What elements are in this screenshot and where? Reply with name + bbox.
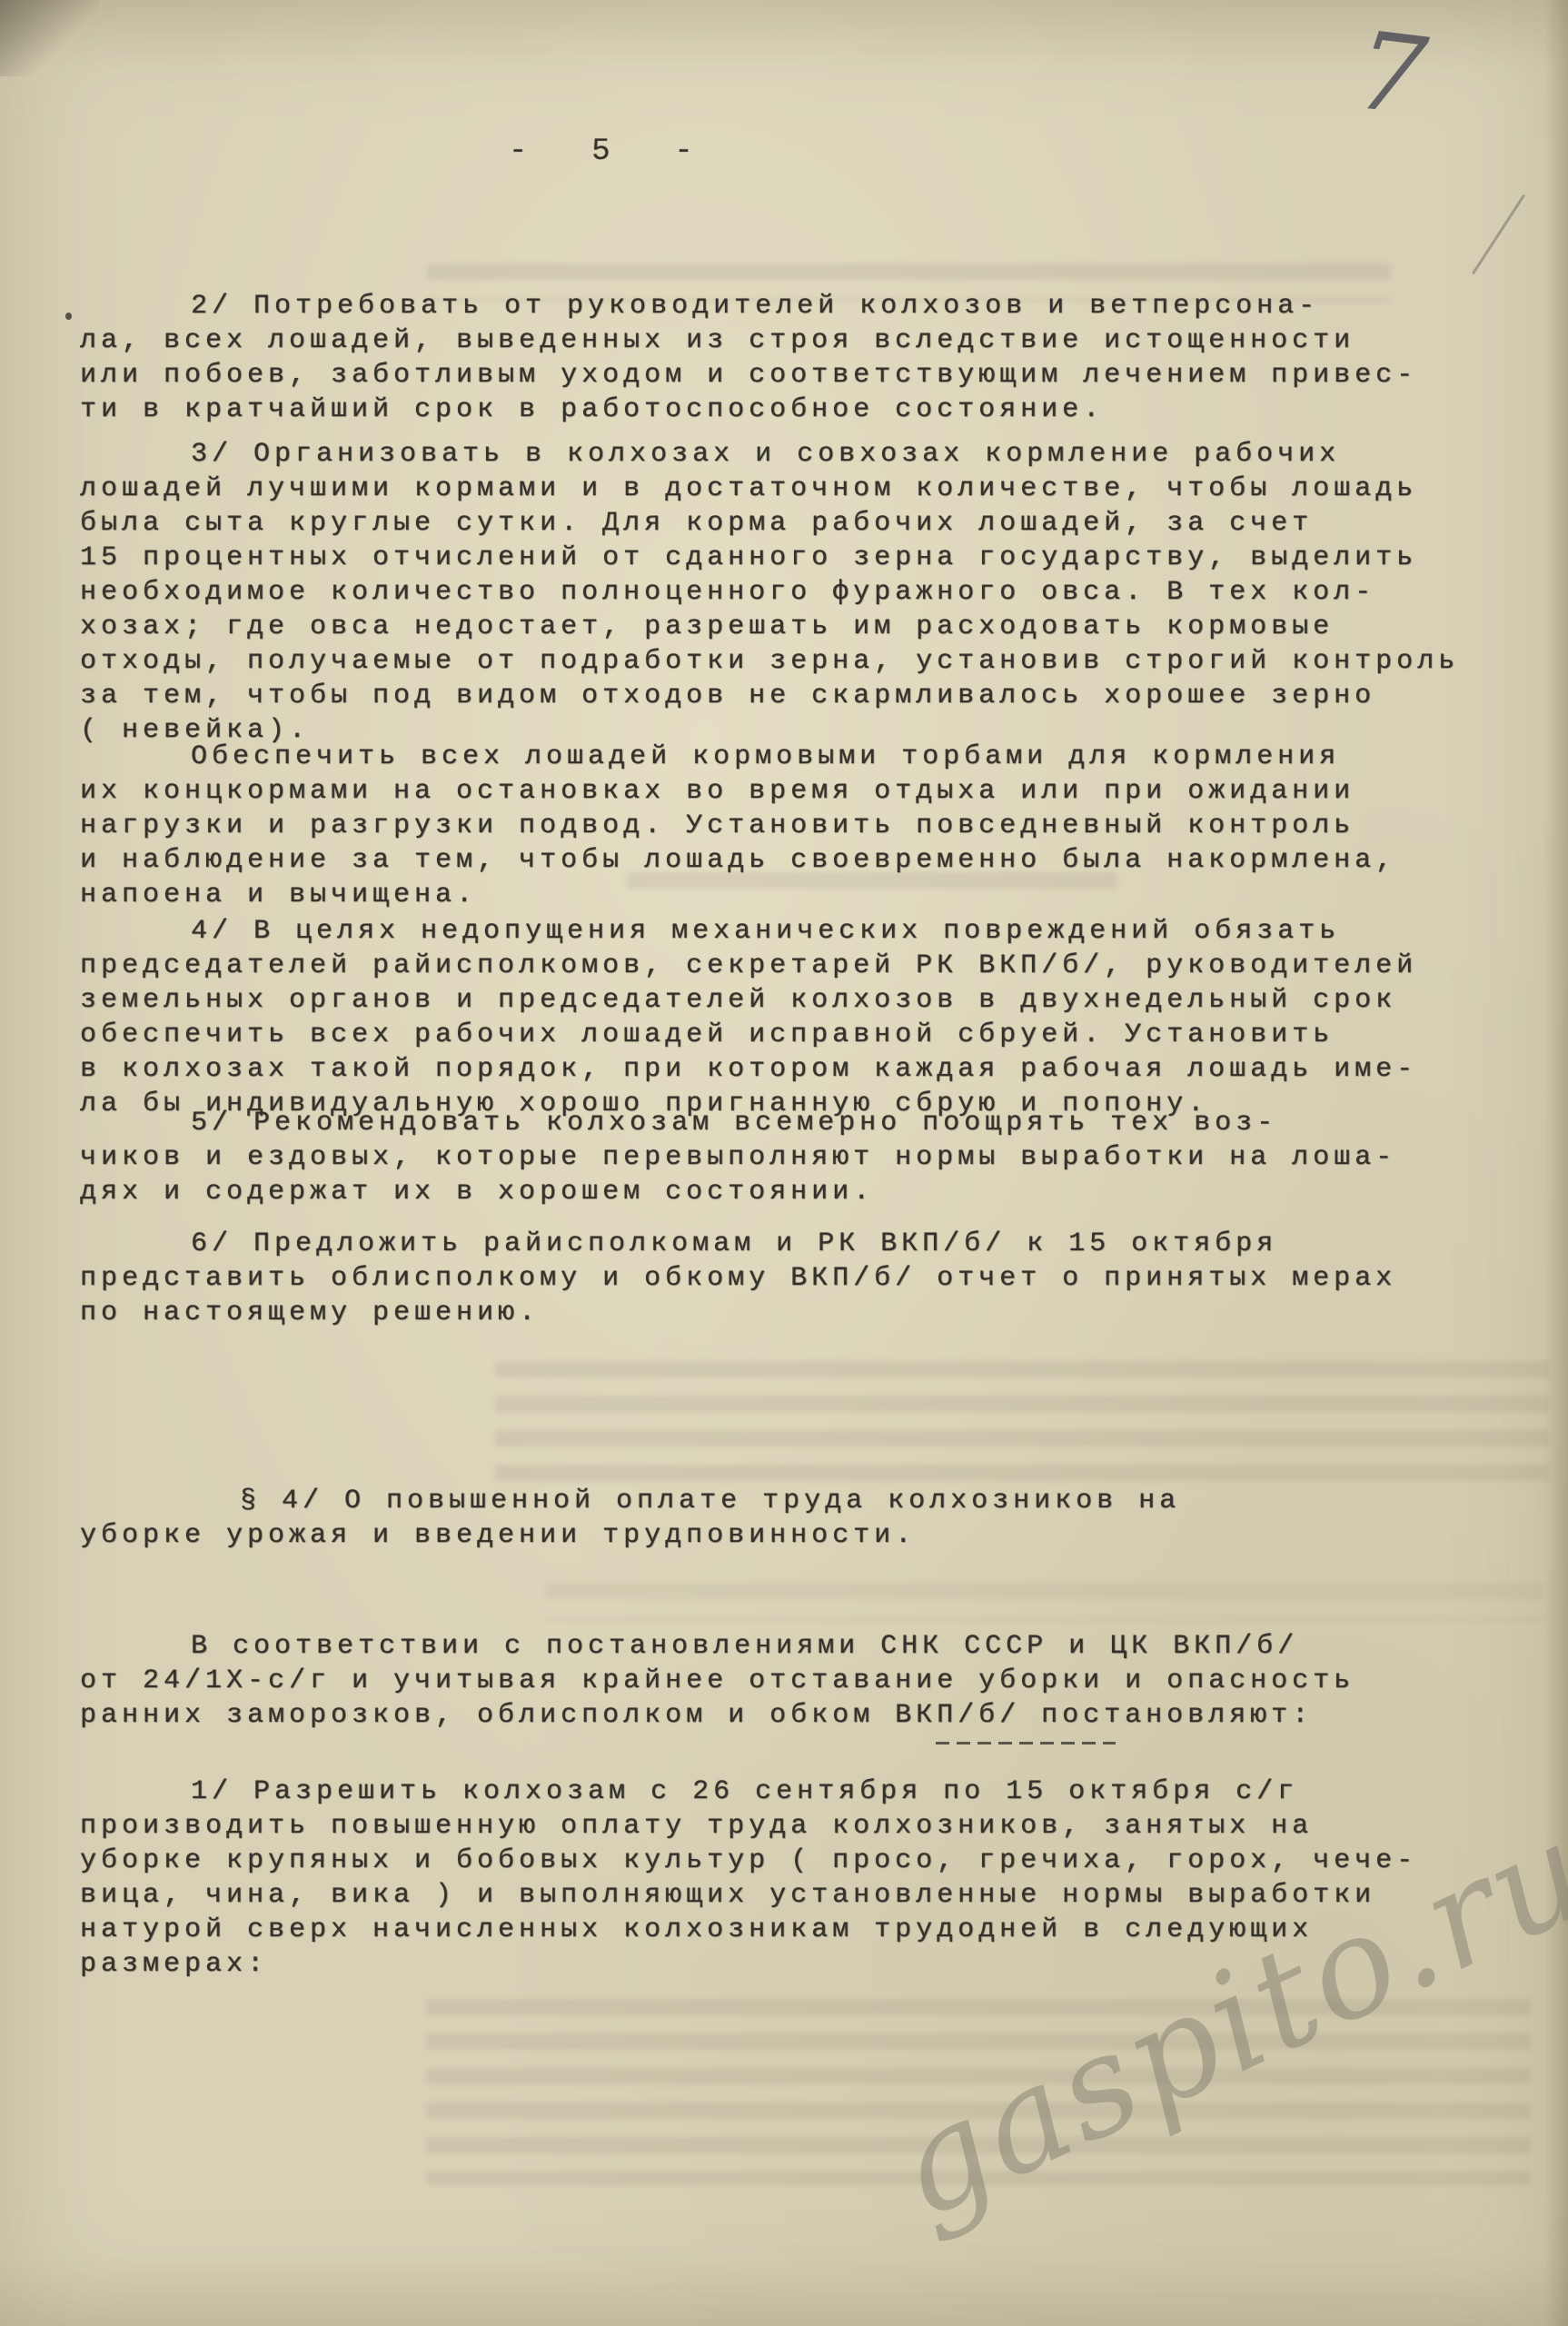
- text-line: 4/ В целях недопущения механических повр…: [80, 914, 1552, 949]
- text-line: была сыта круглые сутки. Для корма рабоч…: [80, 506, 1552, 541]
- text-line: в колхозах такой порядок, при котором ка…: [80, 1052, 1552, 1087]
- text-line: Обеспечить всех лошадей кормовыми торбам…: [80, 740, 1552, 774]
- text-line: ранних заморозков, облисполком и обком В…: [80, 1698, 1552, 1733]
- text-line: 15 процентных отчислений от сданного зер…: [80, 541, 1552, 575]
- scanned-document-page: - 5 - 7 2/ Потребовать от руководителей …: [0, 0, 1568, 2326]
- paragraph-feedbags: Обеспечить всех лошадей кормовыми торбам…: [80, 740, 1552, 912]
- paragraph-item-5: 5/ Рекомендовать колхозам всемерно поощр…: [80, 1106, 1552, 1209]
- paragraph-preamble: В соответствии с постановлениями СНК ССС…: [80, 1629, 1552, 1733]
- text-line: чиков и ездовых, которые перевыполняют н…: [80, 1140, 1552, 1175]
- text-line: уборке крупяных и бобовых культур ( прос…: [80, 1844, 1552, 1878]
- text-line: дях и содержат их в хорошем состоянии.: [80, 1175, 1552, 1209]
- text-line: за тем, чтобы под видом отходов не скарм…: [80, 679, 1552, 713]
- paragraph-item-2: 2/ Потребовать от руководителей колхозов…: [80, 289, 1552, 427]
- text-line: по настоящему решению.: [80, 1296, 1552, 1330]
- handwritten-page-number: 7: [1351, 16, 1432, 131]
- text-line: уборке урожая и введении трудповинности.: [80, 1518, 1552, 1553]
- text-line: их концкормами на остановках во время от…: [80, 774, 1552, 809]
- text-line: или побоев, заботливым уходом и соответс…: [80, 358, 1552, 393]
- text-line: председателей райисполкомов, секретарей …: [80, 949, 1552, 983]
- text-line: В соответствии с постановлениями СНК ССС…: [80, 1629, 1552, 1664]
- text-line: необходимое количество полноценного фура…: [80, 575, 1552, 610]
- text-line: 6/ Предложить райисполкомам и РК ВКП/б/ …: [80, 1227, 1552, 1261]
- text-line: от 24/1Х-с/г и учитывая крайнее отставан…: [80, 1664, 1552, 1698]
- bleed-through-text: [545, 1583, 1544, 1621]
- dashed-underline: [936, 1742, 1116, 1744]
- text-line: 1/ Разрешить колхозам с 26 сентября по 1…: [80, 1774, 1552, 1809]
- text-line: 2/ Потребовать от руководителей колхозов…: [80, 289, 1552, 323]
- bleed-through-text: [495, 1361, 1549, 1499]
- text-line: земельных органов и председателей колхоз…: [80, 983, 1552, 1018]
- paragraph-item-4: 4/ В целях недопущения механических повр…: [80, 914, 1552, 1121]
- scan-corner-shadow: [0, 0, 100, 76]
- paragraph-item-3: 3/ Организовать в колхозах и совхозах ко…: [80, 437, 1552, 748]
- section-4-heading: § 4/ О повышенной оплате труда колхозник…: [80, 1484, 1552, 1553]
- text-line: 3/ Организовать в колхозах и совхозах ко…: [80, 437, 1552, 472]
- text-line: ла, всех лошадей, выведенных из строя вс…: [80, 323, 1552, 358]
- text-line: лошадей лучшими кормами и в достаточном …: [80, 472, 1552, 506]
- paragraph-item-6: 6/ Предложить райисполкомам и РК ВКП/б/ …: [80, 1227, 1552, 1330]
- text-line: производить повышенную оплату труда колх…: [80, 1809, 1552, 1844]
- text-line: обеспечить всех рабочих лошадей исправно…: [80, 1018, 1552, 1052]
- pen-stroke: [1472, 194, 1525, 275]
- ink-dot: [65, 313, 72, 320]
- page-number: - 5 -: [509, 134, 763, 169]
- text-line: отходы, получаемые от подработки зерна, …: [80, 644, 1552, 679]
- text-line: хозах; где овса недостает, разрешать им …: [80, 610, 1552, 644]
- text-line: напоена и вычищена.: [80, 878, 1552, 912]
- text-line: представить облисполкому и обкому ВКП/б/…: [80, 1261, 1552, 1296]
- text-line: 5/ Рекомендовать колхозам всемерно поощр…: [80, 1106, 1552, 1140]
- text-line: § 4/ О повышенной оплате труда колхозник…: [80, 1484, 1552, 1518]
- text-line: и наблюдение за тем, чтобы лошадь своевр…: [80, 843, 1552, 878]
- text-line: ти в кратчайший срок в работоспособное с…: [80, 393, 1552, 427]
- text-line: нагрузки и разгрузки подвод. Установить …: [80, 809, 1552, 843]
